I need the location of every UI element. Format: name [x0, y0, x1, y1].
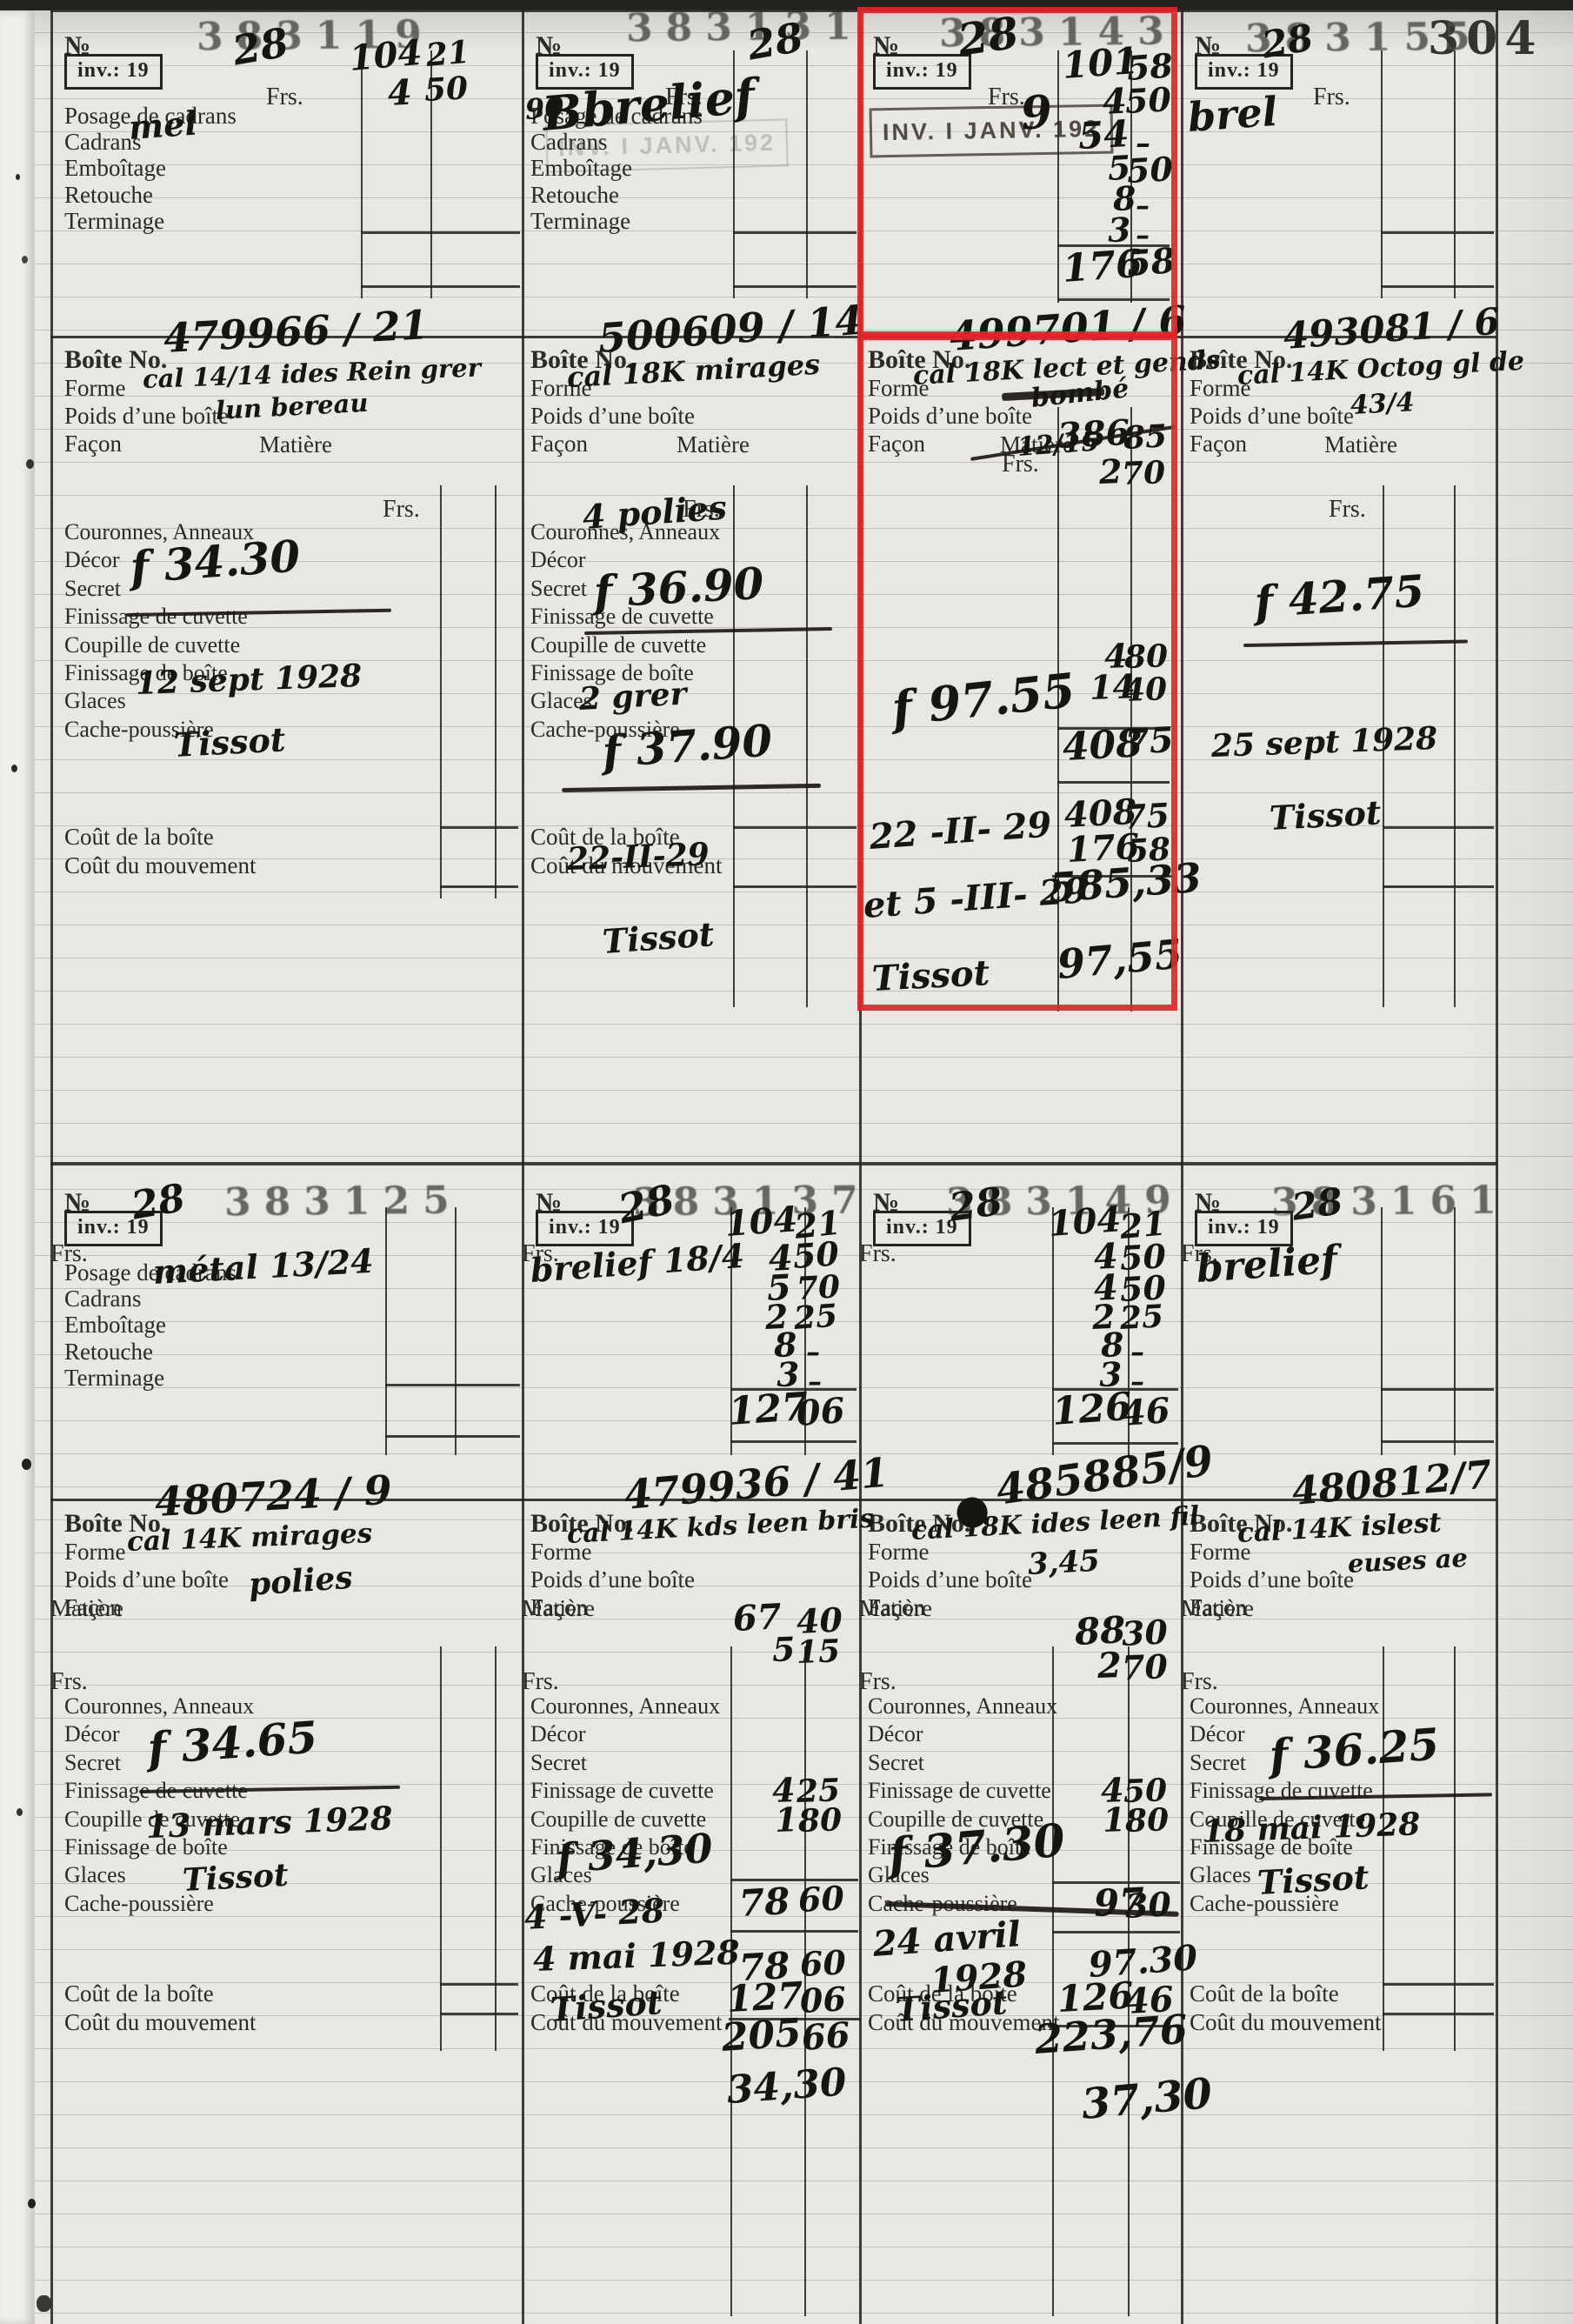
handwriting: 06 — [799, 1982, 847, 2018]
row-label: Poids d’une boîte — [1190, 1566, 1354, 1593]
handwriting: 06 — [796, 1393, 846, 1432]
printed-rule — [385, 1435, 520, 1438]
handwriting: 25 sept 1928 — [1210, 723, 1437, 762]
handwriting: – — [1130, 1338, 1144, 1366]
handwriting: 25 — [793, 1300, 838, 1334]
matiere-label: Matière — [859, 1595, 932, 1622]
row-label: Façon — [530, 430, 695, 457]
row-label: Finissage de cuvette — [530, 1777, 720, 1805]
handwriting: 4 polies — [582, 491, 728, 533]
signature: Tissot — [1269, 796, 1382, 835]
row-label: Coupille de cuvette — [530, 631, 720, 659]
handwriting: 22-II-29 — [566, 838, 710, 875]
printed-rule — [1383, 1983, 1494, 1986]
row-label: Secret — [530, 1749, 720, 1777]
printed-rule — [1454, 485, 1456, 1007]
printed-rule — [1381, 50, 1383, 298]
row-label: Coût de la boîte — [64, 823, 256, 851]
handwriting: 25 — [1119, 1300, 1164, 1334]
row-label: Coût du mouvement — [64, 2008, 256, 2037]
inv-year: 28 — [230, 22, 291, 70]
printed-rule — [1052, 1646, 1054, 2316]
handwriting: f 42.75 — [1253, 569, 1425, 624]
signature: Tissot — [173, 723, 286, 762]
handwriting: 104 — [348, 36, 423, 77]
red-highlight-box — [857, 334, 1177, 1011]
row-label: Emboîtage — [64, 1312, 237, 1338]
row-label: Poids d’une boîte — [1190, 402, 1354, 430]
printed-rule — [1454, 1646, 1456, 2051]
row-label: Poids d’une boîte — [868, 1566, 1032, 1593]
frs-label: Frs. — [266, 83, 303, 111]
row-label: Retouche — [64, 182, 237, 208]
handwriting: 18 mai 1928 — [1202, 1808, 1421, 1847]
inv-year: 28 — [1259, 19, 1316, 64]
printed-rule — [730, 1930, 858, 1933]
signature: Tissot — [895, 1986, 1009, 2027]
handwriting: f 34,30 — [555, 1828, 714, 1879]
printed-rule — [522, 9, 524, 2324]
handwriting: 5 — [771, 1633, 796, 1666]
handwriting: f 36.90 — [593, 562, 765, 614]
row-label: Couronnes, Anneaux — [530, 1693, 720, 1720]
printed-rule — [50, 9, 1497, 12]
handwriting: 46 — [1121, 1393, 1171, 1432]
printed-rule — [495, 485, 497, 898]
record-number-stamp: 383125 — [224, 1179, 463, 1225]
handwriting: polies — [248, 1562, 354, 1600]
handwriting: f 34.65 — [146, 1715, 318, 1771]
handwriting: 4 -V- 28 — [523, 1894, 665, 1934]
cost-row-labels: Coût de la boîteCoût du mouvement — [64, 823, 256, 880]
frs-label: Frs. — [1313, 83, 1350, 111]
row-label: Finissage de cuvette — [64, 603, 254, 631]
handwriting: 4 mai 1928 — [532, 1936, 740, 1976]
handwriting: 30 — [1124, 1887, 1172, 1923]
row-label: Décor — [530, 1720, 720, 1748]
printed-rule — [730, 1440, 856, 1443]
printed-rule — [440, 485, 442, 898]
handwriting: 50 — [792, 1237, 840, 1273]
row-label: Décor — [868, 1720, 1057, 1748]
row-label: Terminage — [530, 208, 703, 234]
row-label: Retouche — [64, 1339, 237, 1365]
row-label: Façon — [64, 430, 229, 457]
handwriting: 13 mars 1928 — [145, 1802, 393, 1843]
row-label: Poids d’une boîte — [530, 1566, 695, 1593]
handwriting: 15 — [796, 1635, 840, 1668]
printed-rule — [1381, 1440, 1494, 1443]
handwriting: brel — [1186, 91, 1278, 137]
row-label: Coupille de cuvette — [64, 631, 254, 659]
handwriting: f 36.25 — [1268, 1722, 1440, 1778]
row-label: Poids d’une boîte — [530, 402, 695, 430]
frs-label: Frs. — [383, 496, 420, 524]
printed-rule — [1454, 1207, 1456, 1455]
row-label: Poids d’une boîte — [64, 1566, 229, 1593]
handwriting: 50 — [423, 72, 469, 106]
inv-year: 28 — [947, 1183, 1005, 1228]
printed-rule — [733, 885, 856, 888]
inv-year: 28 — [744, 17, 806, 65]
signature: Tissot — [182, 1860, 289, 1896]
cost-row-labels: Coût de la boîteCoût du mouvement — [1190, 1980, 1381, 2037]
printed-rule — [50, 1162, 1497, 1165]
printed-rule — [1381, 285, 1494, 288]
printed-rule — [440, 1646, 442, 2051]
handwriting: 80 — [797, 1804, 842, 1837]
handwriting: mel — [128, 107, 198, 144]
red-highlight-box — [857, 7, 1177, 337]
handwriting: 4 — [387, 76, 413, 111]
handwriting: – — [806, 1338, 820, 1366]
inv-year: 28 — [1290, 1183, 1345, 1226]
handwriting: 1 — [774, 1803, 798, 1837]
printed-rule — [495, 1646, 497, 2051]
handwriting: 60 — [797, 1881, 845, 1917]
row-label: Coût de la boîte — [1190, 1980, 1381, 2008]
row-label: Couronnes, Anneaux — [64, 1693, 254, 1720]
handwriting: f 37.90 — [601, 718, 773, 774]
handwriting: 34,30 — [725, 2063, 848, 2110]
handwriting: 12 sept 1928 — [135, 660, 362, 699]
printed-rule — [806, 50, 808, 298]
frs-label: Frs. — [859, 1240, 896, 1268]
handwriting: 2 grer — [578, 678, 687, 715]
row-label: Terminage — [64, 1365, 237, 1391]
row-label: Finissage de cuvette — [1190, 1777, 1379, 1805]
printed-rule — [50, 9, 53, 2324]
printed-rule — [733, 231, 856, 234]
signature: Tissot — [550, 1986, 663, 2027]
row-label: Secret — [868, 1749, 1057, 1777]
printed-rule — [361, 231, 520, 234]
row-label: Retouche — [530, 182, 703, 208]
signature: Tissot — [1256, 1860, 1370, 1900]
printed-rule — [440, 1983, 518, 1986]
matiere-label: Matière — [1181, 1595, 1254, 1622]
printed-rule — [733, 826, 856, 829]
printed-rule — [1454, 50, 1456, 298]
printed-rule — [440, 885, 518, 888]
handwriting: 78 — [738, 1883, 791, 1922]
handwriting: 70 — [1121, 1650, 1168, 1685]
handwriting: 21 — [424, 37, 470, 71]
printed-rule — [1381, 1207, 1383, 1455]
inventory-year-box: inv.: 19 — [64, 54, 163, 90]
handwriting: 205 — [720, 2014, 803, 2058]
row-label: Cadrans — [64, 1286, 237, 1312]
row-label: Couronnes, Anneaux — [868, 1693, 1057, 1720]
printed-rule — [1381, 1388, 1494, 1391]
printed-rule — [1383, 1646, 1384, 2051]
boite-no: 480724 / 9 — [154, 1470, 393, 1522]
handwriting: f 34.30 — [129, 534, 301, 590]
row-label: Emboîtage — [64, 155, 237, 181]
printed-rule — [455, 1207, 457, 1455]
printed-rule — [1381, 231, 1494, 234]
printed-rule — [733, 285, 856, 288]
printed-rule — [361, 50, 363, 298]
row-label: Coût du mouvement — [64, 851, 256, 880]
printed-rule — [361, 285, 520, 288]
row-label: Coût du mouvement — [1190, 2008, 1381, 2037]
inv-year: 28 — [129, 1179, 188, 1226]
handwriting: 104 — [724, 1202, 799, 1242]
signature: Tissot — [602, 918, 716, 958]
handwriting: – — [1130, 1367, 1144, 1395]
cost-row-labels: Coût de la boîteCoût du mouvement — [64, 1980, 256, 2037]
handwriting: 2 — [1096, 1648, 1122, 1684]
inv-year: 28 — [615, 1179, 677, 1229]
handwriting: 60 — [799, 1946, 847, 1981]
row-label: Poids d’une boîte — [64, 402, 229, 430]
poids: 3,45 — [1027, 1546, 1100, 1579]
handwriting: 1 — [1102, 1803, 1126, 1837]
record-cell-383119: 383119 № inv.: 19 Frs. Posage de cadrans… — [50, 9, 522, 1162]
printed-rule — [385, 1207, 387, 1455]
handwriting: 43/4 — [1350, 390, 1415, 419]
finishing-row-labels: Couronnes, AnneauxDécorSecretFinissage d… — [530, 1693, 720, 1918]
printed-rule — [440, 826, 518, 829]
matiere-label: Matière — [522, 1595, 595, 1622]
ledger-page-scan: 304 383119 № inv.: 19 Frs. Posage de cad… — [0, 0, 1573, 2324]
handwriting: 223,76 — [1033, 2009, 1189, 2060]
handwriting: 80 — [1124, 1804, 1169, 1837]
printed-rule — [1052, 1931, 1180, 1933]
printed-rule — [1383, 2013, 1494, 2015]
handwriting: 66 — [801, 2018, 851, 2056]
matiere-label: Matière — [677, 431, 750, 458]
matiere-label: Matière — [1324, 431, 1397, 458]
finishing-row-labels: Couronnes, AnneauxDécorSecretFinissage d… — [868, 1693, 1057, 1918]
row-label: Couronnes, Anneaux — [1190, 1693, 1379, 1720]
printed-rule — [806, 485, 808, 1007]
row-label: Terminage — [64, 208, 237, 234]
row-label: Emboîtage — [530, 155, 703, 181]
row-label: Finissage de cuvette — [868, 1777, 1057, 1805]
handwriting: euses ae — [1347, 1546, 1468, 1577]
handwriting: 30 — [1121, 1615, 1169, 1651]
handwriting: brelief — [1195, 1241, 1338, 1289]
matiere-label: Matière — [50, 1595, 123, 1622]
matiere-label: Matière — [259, 431, 332, 458]
printed-rule — [1383, 885, 1494, 888]
row-label: Coût de la boîte — [64, 1980, 256, 2008]
printed-rule — [1383, 826, 1494, 829]
paper-specks — [16, 174, 20, 180]
printed-rule — [440, 2013, 518, 2015]
printed-rule — [385, 1384, 520, 1386]
handwriting: 37,30 — [1080, 2073, 1214, 2126]
scan-edge-left — [0, 10, 35, 2324]
frs-label: Frs. — [1329, 496, 1366, 524]
